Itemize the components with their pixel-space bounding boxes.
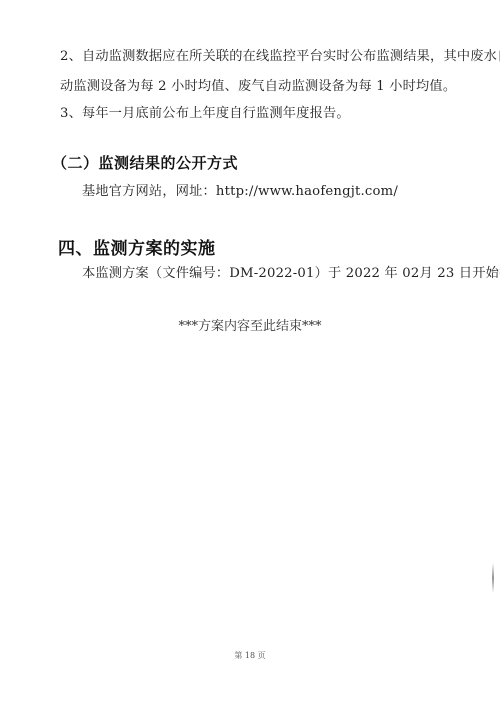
implementation-line: 本监测方案（文件编号：DM-2022-01）于 2022 年 02月 23 日开… xyxy=(82,262,500,281)
paragraph-item-3: 3、每年一月底前公布上年度自行监测年度报告。 xyxy=(60,102,350,121)
website-line: 基地官方网站，网址：http://www.haofengjt.com/ xyxy=(82,180,398,199)
paragraph-item-2-line-2: 动监测设备为每 2 小时均值、废气自动监测设备为每 1 小时均值。 xyxy=(60,75,456,94)
section-title: 四、监测方案的实施 xyxy=(58,234,216,259)
page-number: 第 18 页 xyxy=(0,650,500,661)
subsection-title: （二）监测结果的公开方式 xyxy=(52,152,238,173)
scan-artifact-line xyxy=(492,563,494,593)
end-of-plan-mark: ***方案内容至此结束*** xyxy=(0,315,500,334)
paragraph-item-2-line-1: 2、自动监测数据应在所关联的在线监控平台实时公布监测结果，其中废水自 xyxy=(60,45,500,64)
document-page: 2、自动监测数据应在所关联的在线监控平台实时公布监测结果，其中废水自 动监测设备… xyxy=(0,0,500,707)
